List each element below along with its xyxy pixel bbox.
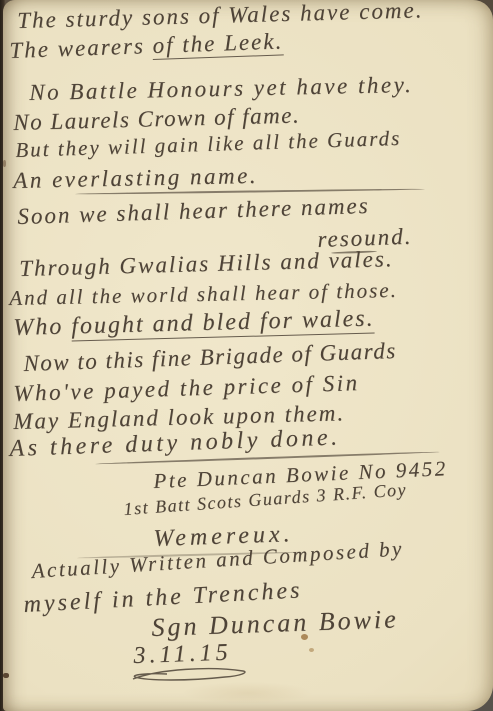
poem-line: Through Gwalias Hills and vales.	[19, 246, 394, 281]
underlined-text: of the Leek.	[152, 28, 284, 60]
paper-stain	[309, 648, 314, 652]
poem-line: The wearers of the Leek.	[9, 28, 284, 63]
poem-line: And all the world shall hear of those.	[9, 279, 398, 310]
photo-frame: The sturdy sons of Wales have come. The …	[0, 0, 493, 711]
poem-line: No Battle Honours yet have they.	[29, 72, 413, 105]
poem-line: Who fought and bled for wales.	[13, 306, 375, 342]
poem-line: The sturdy sons of Wales have come.	[17, 0, 424, 33]
paper-stain	[3, 160, 6, 167]
poem-line: An everlasting name.	[13, 163, 258, 193]
poem-text: Who	[13, 313, 72, 341]
underlined-text: fought and bled for wales.	[71, 306, 375, 342]
paper-stain	[3, 673, 9, 678]
autograph-album-page: The sturdy sons of Wales have come. The …	[3, 0, 493, 711]
paper-stain	[183, 682, 313, 704]
poem-line: Soon we shall hear there names	[17, 193, 370, 229]
signature: Sgn Duncan Bowie	[151, 605, 399, 642]
poem-text: The wearers	[9, 33, 153, 63]
paper-stain	[301, 634, 308, 640]
